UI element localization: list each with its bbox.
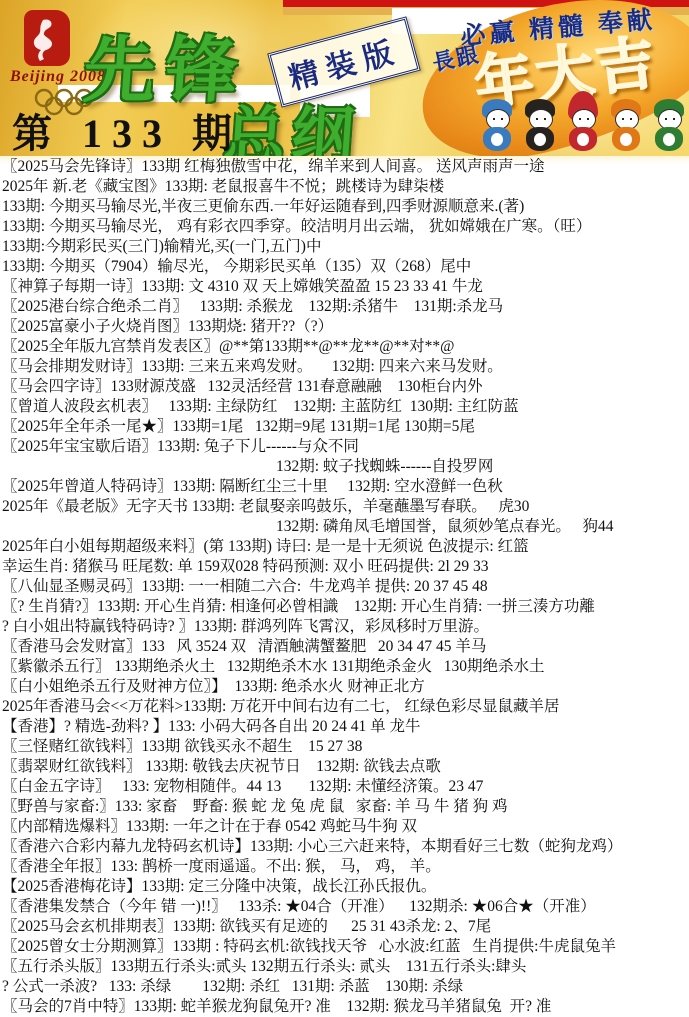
text-line: 〖白小姐绝杀五行及财神方位〗】 133期: 绝杀水火 财神正北方: [0, 677, 689, 697]
text-line: 〖2025年全年杀一尾★〗133期=1尾 132期=9尾 131期=1尾 130…: [0, 417, 689, 437]
text-line: 2025年白小姐每期超级来料〗(第 133期) 诗曰: 是一是十无须说 色波提示…: [0, 537, 689, 557]
text-line: 〖2025马会玄机排期表〗133期: 欲钱买有足迹的 25 31 43杀龙: 2…: [0, 917, 689, 937]
text-line: 133期: 今期买马输尽光,半夜三更偷东西.一年好运随春到,四季财源顺意来.(著…: [0, 197, 689, 217]
text-line: 〖野兽与家畜:〗133: 家畜 野畜: 猴 蛇 龙 兔 虎 鼠 家畜: 羊 马 …: [0, 797, 689, 817]
lottery-tip-sheet: 年大吉 Beijing 2008 先锋 总纲 第 133 期 精装版 必赢 精: [0, 0, 689, 1017]
beibei-blue-mascot-icon: [478, 97, 516, 155]
text-line: 〖2025港台综合绝杀二肖〗 133期: 杀猴龙 132期:杀猪牛 131期:杀…: [0, 297, 689, 317]
nini-green-mascot-icon: [650, 97, 688, 155]
text-line: ? 白小姐出特赢钱特码诗? 〗133期: 群鸿列阵飞霄汉，彩凤移时万里游。: [0, 617, 689, 637]
text-line: 〖马会四字诗〗133财源茂盛 132灵活经营 131春意融融 130柜台内外: [0, 377, 689, 397]
text-line: ? 公式一杀波? 133: 杀绿 132期: 杀红 131期: 杀蓝 130期:…: [0, 977, 689, 997]
issue-number: 第 133 期: [12, 102, 242, 156]
text-line: 〖三怪赌红欲钱料〗133期 欲钱买永不超生 15 27 38: [0, 737, 689, 757]
text-line: 〖2025马会先锋诗〗133期 红梅独傲雪中花，绵羊来到人间喜。 送风声雨声一途: [0, 157, 689, 177]
text-line: 〖2025年宝宝歇后语〗133期: 兔子下儿------与众不同: [0, 437, 689, 457]
text-line: 〖白金五字诗〗 133: 宠物相随伴。44 13 132期: 未懂经济策。23 …: [0, 777, 689, 797]
text-line: 〖2025年曾道人特码诗〗133期: 隔断红尘三十里 132期: 空水澄鲜一色秋: [0, 477, 689, 497]
text-line: 〖马会的7肖中特〗133期: 蛇羊猴龙狗鼠兔开? 准 132期: 猴龙马羊猪鼠兔…: [0, 997, 689, 1017]
text-line: 133期:今期彩民买(三门)输精光,买(一门,五门)中: [0, 237, 689, 257]
text-line: 〖翡翠财红欲钱料〗 133期: 敬钱去庆祝节日 132期: 欲钱去点歌: [0, 757, 689, 777]
text-line: 〖马会排期发财诗〗133期: 三来五来鸡发财。 132期: 四来六来马发财。: [0, 357, 689, 377]
yingying-orange-mascot-icon: [607, 97, 645, 155]
text-line: 〖2025曾女士分期测算〗133期 : 特码玄机:欲钱找天爷 心水波:红蓝 生肖…: [0, 937, 689, 957]
text-line: 〖八仙显圣赐灵码〗133期: 一一相随二六合: 牛龙鸡羊 提供: 20 37 4…: [0, 577, 689, 597]
text-line: 133期: 今期买马输尽光， 鸡有彩衣四季穿。皎洁明月出云端， 犹如嫦娥在广寒。…: [0, 217, 689, 237]
text-line: 〖? 生肖猜?〗133期: 开心生肖猜: 相逢何必曾相識 132期: 开心生肖猜…: [0, 597, 689, 617]
beijing-seal-icon: [24, 10, 70, 66]
text-line: 〖曾道人波段玄机表〗 133期: 主绿防红 132期: 主蓝防红 130期: 主…: [0, 397, 689, 417]
text-line: 〖2025富豪小子火烧肖图〗133期烧: 猪开??（?）: [0, 317, 689, 337]
fuwa-mascots: [478, 97, 688, 155]
text-line: 132期: 磷角凤毛增国誉，鼠须妙笔点春光。 狗44: [0, 517, 689, 537]
text-line: 〖香港集发禁合（今年 错 一)!!〗 133杀: ★04合（开准） 132期杀:…: [0, 897, 689, 917]
text-line: 〖香港六合彩内幕九龙特码玄机诗】133期: 小心三六赶来特，本期看好三七数（蛇狗…: [0, 837, 689, 857]
text-line: 〖内部精选爆料〗133期: 一年之计在于春 0542 鸡蛇马牛狗 双: [0, 817, 689, 837]
header-banner: 年大吉 Beijing 2008 先锋 总纲 第 133 期 精装版 必赢 精: [0, 0, 689, 156]
text-line: 〖2025全年版九宫禁肖发表区〗@**第133期**@**龙**@**对**@: [0, 337, 689, 357]
text-line: 【2025香港梅花诗】133期: 定三分隆中决策，战长江孙氏报仇。: [0, 877, 689, 897]
text-line: 〖香港全年报〗133: 鹊桥一度雨遥遥。不出: 猴， 马， 鸡， 羊。: [0, 857, 689, 877]
text-line: 〖香港马会发财富〗133 风 3524 双 清酒触满蟹鳌肥 20 34 47 4…: [0, 637, 689, 657]
huanhuan-red-mascot-icon: [564, 97, 602, 155]
jingjing-panda-mascot-icon: [521, 97, 559, 155]
content-lines: 〖2025马会先锋诗〗133期 红梅独傲雪中花，绵羊来到人间喜。 送风声雨声一途…: [0, 156, 689, 1017]
text-line: 〖五行杀头版〗133期五行杀头:贰头 132期五行杀头: 贰头 131五行杀头:…: [0, 957, 689, 977]
text-line: 【香港】? 精选-劲料? 】133: 小码大码各自出 20 24 41 单 龙牛: [0, 717, 689, 737]
text-line: 〖神算子每期一诗〗133期: 文 4310 双 天上嫦娥笑盈盈 15 23 33…: [0, 277, 689, 297]
text-line: 133期: 今期买（7904）输尽光， 今期彩民买单（135）双（268）尾中: [0, 257, 689, 277]
text-line: 2025年 新.老《藏宝图》133期: 老鼠报喜牛不悦；跳楼诗为肆柒楼: [0, 177, 689, 197]
text-line: 幸运生肖: 猪猴马 旺尾数: 单 159双028 特码预测: 双小 旺码提供: …: [0, 557, 689, 577]
text-line: 〖紫徽杀五行〗 133期绝杀火土 132期绝杀木水 131期绝杀金火 130期绝…: [0, 657, 689, 677]
text-line: 132期: 蚊子找蜘蛛------自投罗网: [0, 457, 689, 477]
text-line: 2025年《最老版》无字天书 133期: 老鼠娶亲呜鼓乐，羊毫蘸墨写春联。 虎3…: [0, 497, 689, 517]
text-line: 2025年香港马会<<万花料>133期: 万花开中间右边有二七， 红绿色彩尽显鼠…: [0, 697, 689, 717]
